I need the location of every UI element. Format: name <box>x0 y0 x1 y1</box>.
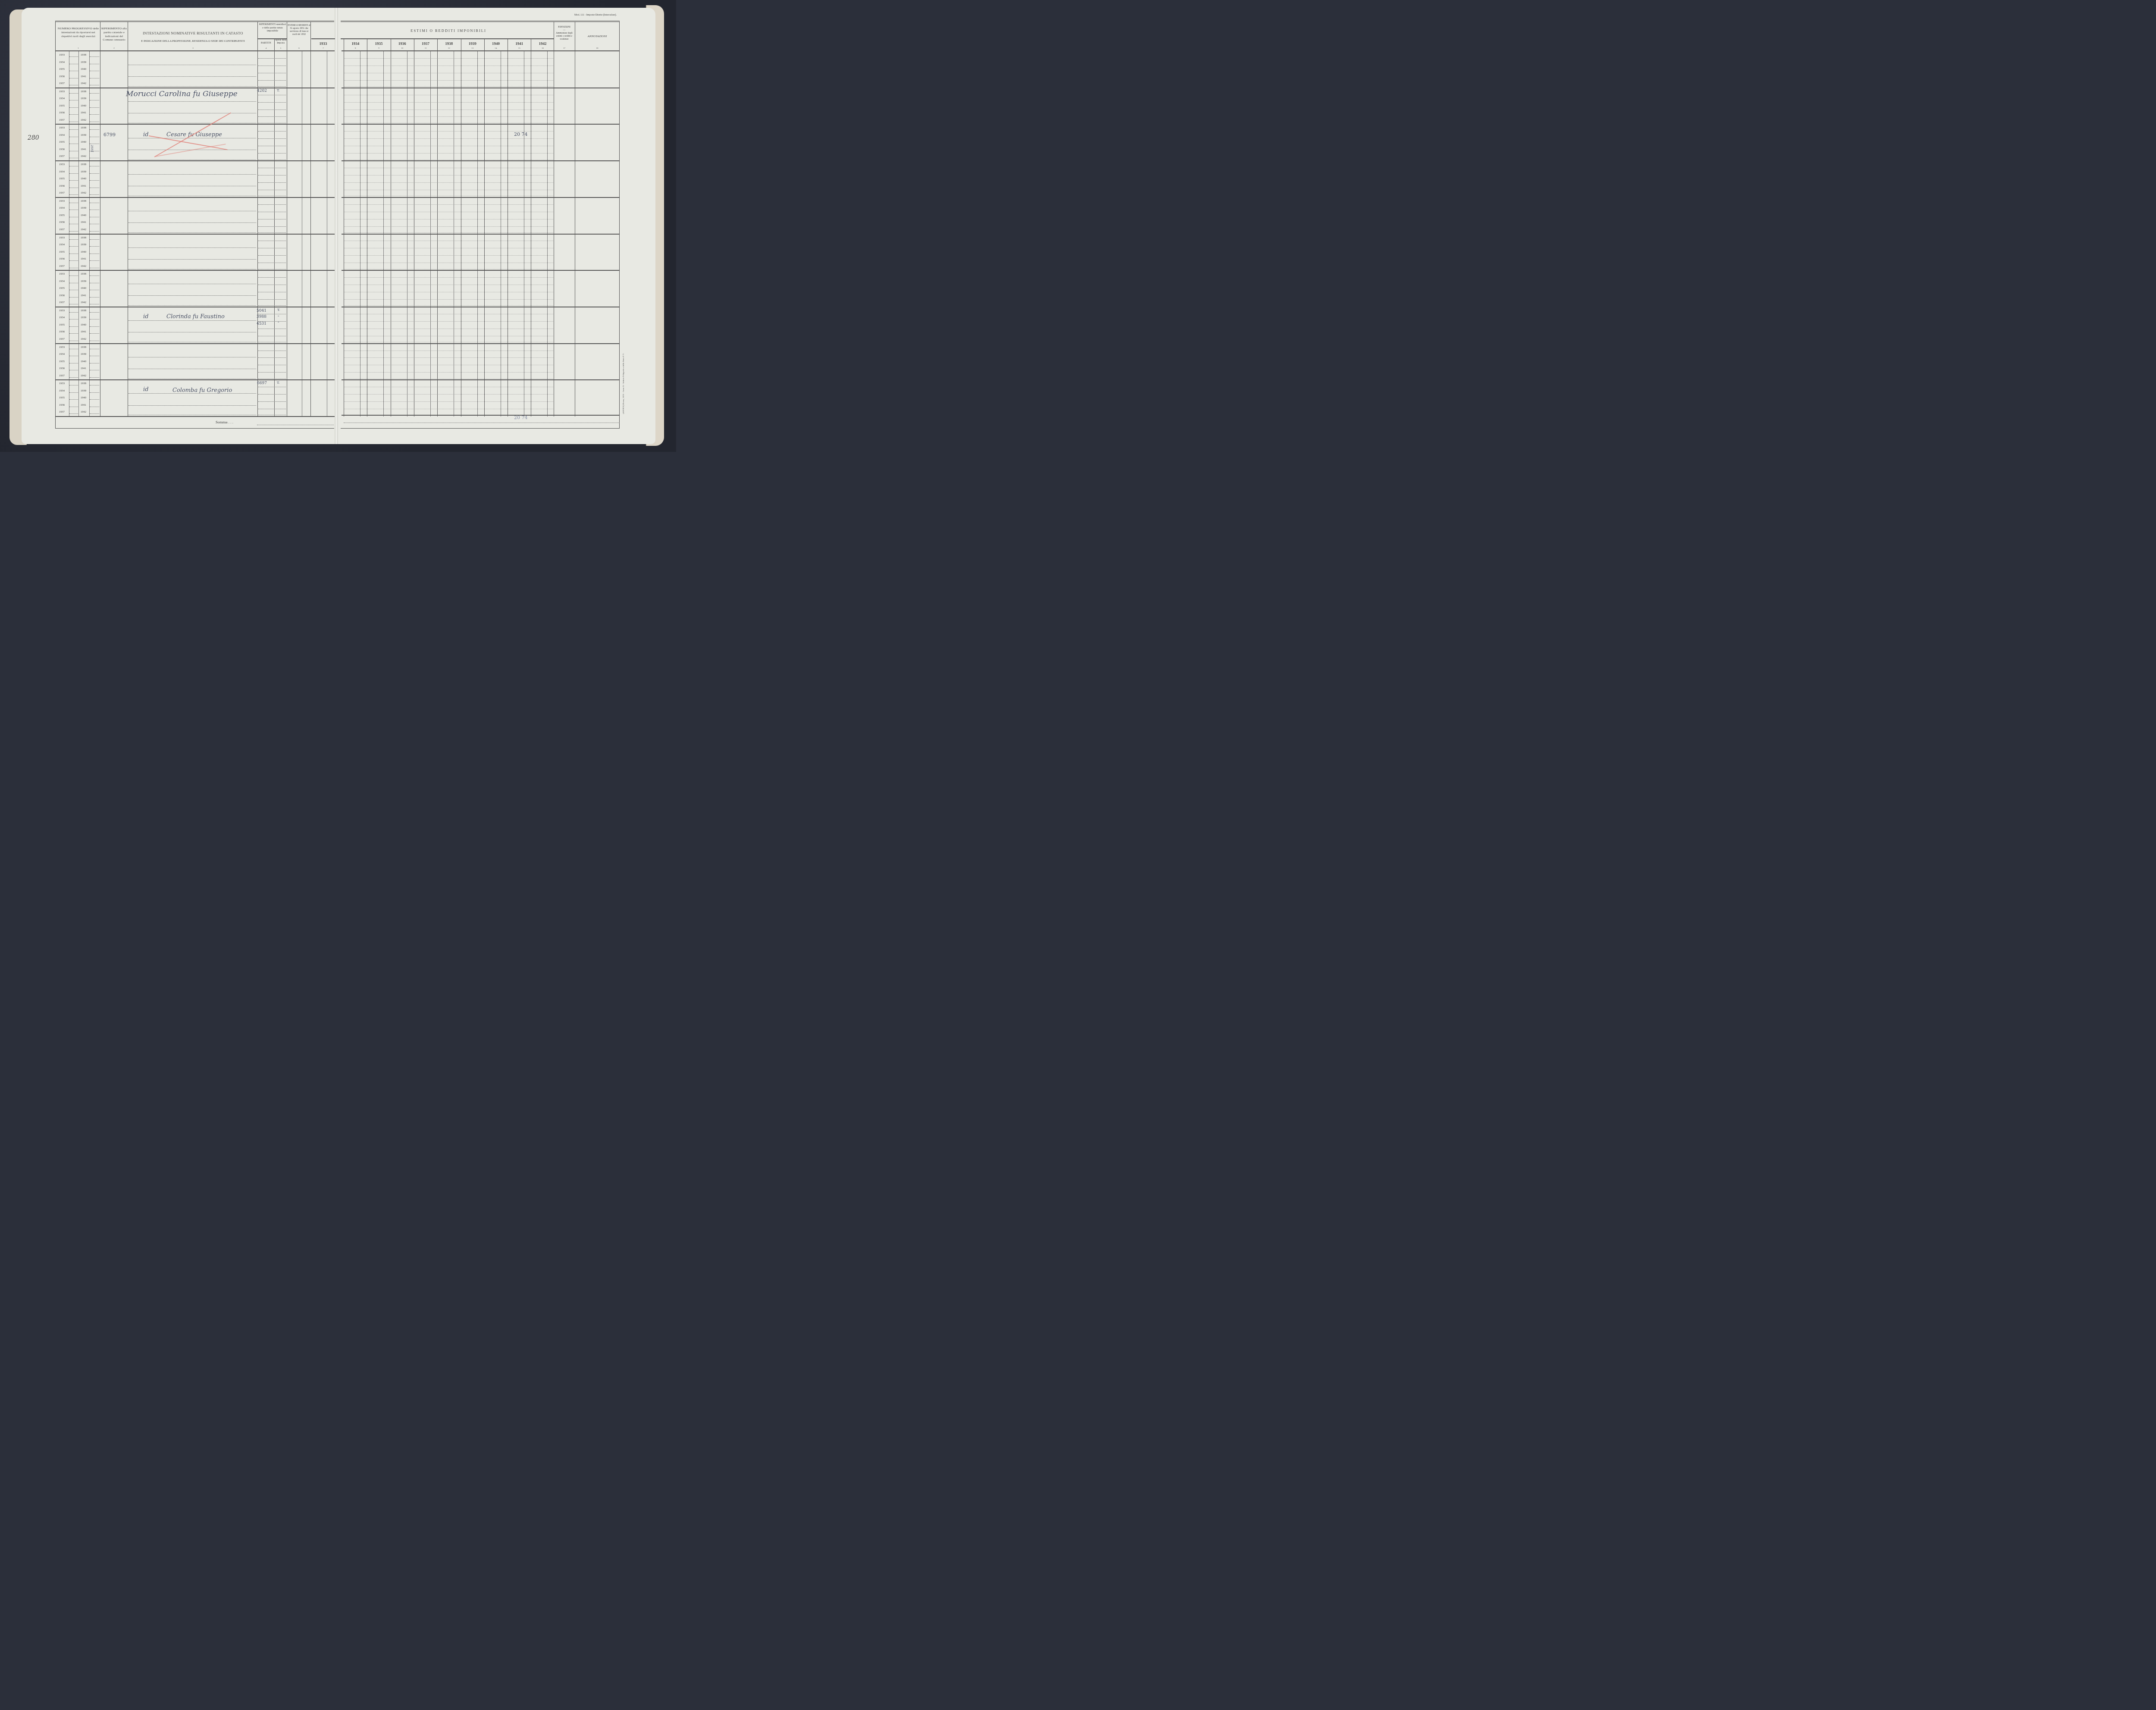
entry-8-specie-3: " <box>278 321 279 325</box>
header-year-1942: 1942 <box>531 41 554 46</box>
dotted-rule <box>128 101 256 102</box>
dotted-rule <box>90 144 99 144</box>
year-label: 1938 <box>81 346 86 349</box>
col-divider <box>575 22 575 417</box>
block-separator <box>55 379 335 380</box>
block-separator <box>342 160 619 161</box>
dotted-rule <box>344 255 553 256</box>
year-label: 1938 <box>81 163 86 166</box>
dotted-rule <box>128 160 256 160</box>
year-label: 1934 <box>59 243 65 246</box>
dotted-rule <box>69 151 78 151</box>
dotted-rule <box>69 407 78 407</box>
dotted-rule <box>344 123 553 123</box>
block-separator <box>55 307 335 307</box>
dotted-rule <box>344 292 553 292</box>
dotted-rule <box>69 64 78 64</box>
dotted-rule <box>90 333 99 334</box>
block-separator <box>342 379 619 380</box>
col-divider <box>461 39 461 417</box>
dotted-rule <box>258 409 286 409</box>
dotted-rule <box>90 194 99 195</box>
block-separator <box>55 416 335 417</box>
dotted-rule <box>344 379 553 379</box>
year-label: 1934 <box>59 61 65 64</box>
header-year-1936: 1936 <box>391 41 414 46</box>
dotted-rule <box>69 231 78 232</box>
header-intestazioni-sub: E INDICAZIONE DELLA PROFESSIONE, RESIDEN… <box>129 40 257 43</box>
col-divider <box>484 39 485 417</box>
col-divider <box>274 39 275 417</box>
dotted-rule <box>128 305 256 306</box>
dotted-rule <box>344 160 553 160</box>
year-label: 1941 <box>81 221 86 224</box>
dotted-rule <box>90 283 99 283</box>
col-number: 14 <box>484 47 508 50</box>
year-label: 1939 <box>81 353 86 356</box>
block-separator <box>342 197 619 198</box>
dotted-rule <box>344 299 553 300</box>
dotted-rule <box>69 333 78 334</box>
year-label: 1938 <box>81 200 86 203</box>
dotted-rule <box>258 415 286 415</box>
header-year-1937: 1937 <box>414 41 437 46</box>
year-label: 1935 <box>59 68 65 71</box>
dotted-rule <box>69 158 78 158</box>
dotted-rule <box>258 232 286 233</box>
col-number: 8 <box>344 47 367 50</box>
dotted-rule <box>69 413 78 414</box>
entry-10-specie: T. <box>277 381 280 385</box>
header-annotazioni: ANNOTAZIONI <box>576 34 619 38</box>
col-number: 1 <box>57 47 99 50</box>
header-estimi-1931: ESTIMI O REDDITI al 31 agosto 1931 che s… <box>288 24 310 36</box>
dotted-rule <box>258 379 286 379</box>
year-label: 1941 <box>81 111 86 114</box>
col-divider <box>344 39 344 417</box>
year-label: 1937 <box>59 410 65 413</box>
dotted-rule <box>258 299 286 300</box>
year-label: 1941 <box>81 75 86 78</box>
col-divider <box>100 22 100 417</box>
year-label: 1936 <box>59 221 65 224</box>
entry-10-partita: 6697 <box>257 381 267 385</box>
year-label: 1933 <box>59 382 65 385</box>
dotted-rule <box>344 226 553 227</box>
dotted-rule <box>69 188 78 188</box>
entry-8-partita-2: 3988 <box>257 315 266 319</box>
header-bottom-rule <box>55 50 335 51</box>
dotted-rule <box>90 363 99 363</box>
dotted-rule <box>258 86 286 87</box>
dotted-rule <box>69 203 78 203</box>
year-label: 1939 <box>81 134 86 137</box>
header-intestazioni: INTESTAZIONI NOMINATIVE RISULTANTI IN CA… <box>129 31 257 36</box>
dotted-rule <box>69 107 78 108</box>
dotted-rule <box>258 58 286 59</box>
year-label: 1939 <box>81 389 86 392</box>
year-label: 1936 <box>59 404 65 407</box>
dotted-rule <box>258 336 286 336</box>
dotted-rule <box>90 158 99 158</box>
dotted-rule <box>69 312 78 313</box>
esenzioni-title: ESENZIONI <box>554 26 574 29</box>
dotted-rule <box>90 276 99 276</box>
dotted-rule <box>344 196 553 196</box>
col-number: 6 <box>288 47 310 50</box>
dotted-rule <box>128 357 256 357</box>
dotted-rule <box>69 304 78 304</box>
col-number: 5 <box>275 47 287 50</box>
year-label: 1936 <box>59 148 65 151</box>
dotted-rule <box>90 93 99 94</box>
dotted-rule <box>90 166 99 166</box>
year-label: 1938 <box>81 90 86 93</box>
dotted-rule <box>69 173 78 174</box>
dotted-rule <box>344 351 553 351</box>
col-number: 3 <box>129 47 257 50</box>
year-label: 1940 <box>81 251 86 254</box>
block-separator <box>55 124 335 125</box>
header-year-1934: 1934 <box>344 41 367 46</box>
year-label: 1941 <box>81 185 86 188</box>
dotted-rule <box>344 175 553 175</box>
col-divider <box>531 39 531 417</box>
dotted-rule <box>258 351 286 351</box>
col-number: 9 <box>367 47 390 50</box>
dotted-rule <box>69 129 78 130</box>
dotted-rule <box>128 295 256 296</box>
dotted-rule <box>258 190 286 190</box>
dotted-rule <box>90 356 99 356</box>
dotted-rule <box>90 173 99 174</box>
dotted-rule <box>69 377 78 378</box>
dotted-rule <box>344 372 553 373</box>
dotted-rule <box>128 379 256 379</box>
dotted-rule <box>258 146 286 146</box>
year-label: 1942 <box>81 82 86 85</box>
year-label: 1937 <box>59 228 65 231</box>
dotted-rule <box>258 305 286 306</box>
dotted-rule <box>258 73 286 73</box>
year-label: 1939 <box>81 316 86 319</box>
dotted-rule <box>128 222 256 223</box>
year-label: 1940 <box>81 287 86 290</box>
dotted-rule <box>90 64 99 64</box>
header-year-1933: 1933 <box>311 41 335 46</box>
dotted-rule <box>90 349 99 349</box>
dotted-rule <box>69 356 78 356</box>
dotted-rule <box>69 78 78 78</box>
dotted-rule <box>344 387 553 387</box>
block-separator <box>342 343 619 344</box>
dotted-rule <box>69 349 78 349</box>
dotted-rule <box>90 407 99 407</box>
subheader-rule <box>311 38 335 39</box>
margin-note-280: 280 <box>28 135 39 141</box>
dotted-rule <box>258 357 286 358</box>
dotted-rule <box>258 116 286 117</box>
dotted-rule <box>69 56 78 57</box>
col-divider <box>554 22 554 417</box>
col-number: 16 <box>531 47 554 50</box>
year-label: 1934 <box>59 97 65 100</box>
dotted-rule <box>128 269 256 269</box>
dotted-rule <box>69 217 78 217</box>
entry-8-partita-1: 5041 <box>257 309 266 313</box>
dotted-rule <box>69 385 78 385</box>
year-label: 1937 <box>59 191 65 194</box>
block-separator <box>342 415 619 416</box>
year-label: 1940 <box>81 141 86 144</box>
dotted-rule <box>90 377 99 378</box>
dotted-rule <box>344 58 553 59</box>
entry-10-prefix: id <box>143 386 148 393</box>
entry-2-partita: 4202 <box>257 89 267 93</box>
dotted-rule <box>258 277 286 278</box>
year-label: 1936 <box>59 75 65 78</box>
dotted-rule <box>344 342 553 342</box>
dotted-rule <box>90 370 99 370</box>
dotted-rule <box>258 255 286 256</box>
dotted-rule <box>128 415 256 415</box>
year-label: 1941 <box>81 404 86 407</box>
col-number: 18 <box>576 47 619 50</box>
dotted-rule <box>90 246 99 247</box>
year-label: 1942 <box>81 410 86 413</box>
col-divider <box>414 39 414 417</box>
year-label: 1935 <box>59 396 65 399</box>
year-label: 1936 <box>59 330 65 333</box>
col-divider <box>367 39 367 417</box>
col-number: 17 <box>554 47 574 50</box>
header-esenzioni: ESENZIONI — Ammontare degli estimi o red… <box>554 26 574 41</box>
somma-label: Somma . . . <box>216 420 259 425</box>
dotted-rule <box>90 129 99 130</box>
dotted-rule <box>90 268 99 268</box>
col-divider <box>287 22 287 417</box>
col-number: 15 <box>508 47 531 50</box>
dotted-rule <box>258 66 286 66</box>
year-label: 1934 <box>59 353 65 356</box>
year-label: 1937 <box>59 374 65 377</box>
entry-3-riferimento: 6799 <box>103 132 116 138</box>
year-label: 1937 <box>59 301 65 304</box>
header-year-1935: 1935 <box>367 41 390 46</box>
year-label: 1938 <box>81 53 86 56</box>
dotted-rule <box>258 241 286 241</box>
dotted-rule <box>69 166 78 166</box>
dotted-rule <box>258 212 286 212</box>
year-label: 1940 <box>81 177 86 180</box>
dotted-rule <box>344 357 553 358</box>
dotted-rule <box>69 224 78 224</box>
dotted-rule <box>344 66 553 66</box>
dotted-rule <box>69 93 78 94</box>
dotted-rule <box>258 372 286 373</box>
col-divider <box>310 22 311 417</box>
entry-2-name: Morucci Carolina fu Giuseppe <box>126 90 238 98</box>
dotted-rule <box>69 268 78 268</box>
entry-8-name: Clorinda fu Faustino <box>166 313 225 320</box>
entry-8-partita-3: 4531 <box>257 322 266 326</box>
dotted-rule <box>128 123 256 123</box>
dotted-rule <box>344 204 553 205</box>
dotted-rule <box>69 254 78 254</box>
year-label: 1939 <box>81 97 86 100</box>
dotted-rule <box>69 399 78 400</box>
dotted-rule <box>344 86 553 87</box>
dotted-rule <box>258 219 286 219</box>
dotted-rule <box>258 365 286 365</box>
year-label: 1933 <box>59 163 65 166</box>
col-divider <box>437 39 438 417</box>
dotted-rule <box>344 168 553 168</box>
entry-2-specie: T. <box>277 88 280 92</box>
entry-8-specie-2: " <box>278 315 279 319</box>
dotted-rule <box>344 409 553 409</box>
year-label: 1939 <box>81 61 86 64</box>
dotted-rule <box>90 392 99 393</box>
dotted-rule <box>128 196 256 196</box>
year-label: 1936 <box>59 367 65 370</box>
dotted-rule <box>69 100 78 100</box>
dotted-rule <box>344 269 553 269</box>
dotted-rule <box>90 122 99 122</box>
dotted-rule <box>69 114 78 115</box>
year-label: 1936 <box>59 185 65 188</box>
year-label: 1942 <box>81 119 86 122</box>
year-label: 1936 <box>59 294 65 297</box>
year-label: 1933 <box>59 309 65 312</box>
entry-10-name: Colomba fu Gregorio <box>172 387 232 394</box>
col-divider <box>391 39 391 417</box>
dotted-rule <box>344 73 553 73</box>
dotted-rule <box>344 336 553 336</box>
dotted-rule <box>90 239 99 240</box>
dotted-rule <box>258 269 286 269</box>
dotted-rule <box>90 203 99 203</box>
dotted-rule <box>344 110 553 110</box>
year-label: 1942 <box>81 265 86 268</box>
dotted-rule <box>344 182 553 183</box>
dotted-rule <box>69 283 78 283</box>
year-label: 1937 <box>59 338 65 341</box>
year-label: 1935 <box>59 104 65 107</box>
dotted-rule <box>344 219 553 219</box>
dotted-rule <box>258 329 286 329</box>
header-year-1939: 1939 <box>461 41 484 46</box>
esenzioni-label: Ammontare degli estimi o redditi e scade… <box>554 32 574 41</box>
dotted-rule <box>128 332 256 332</box>
year-label: 1933 <box>59 272 65 276</box>
year-label: 1940 <box>81 214 86 217</box>
dotted-rule <box>258 168 286 168</box>
dotted-rule <box>128 113 256 113</box>
dotted-rule <box>344 153 553 153</box>
dotted-rule <box>90 210 99 210</box>
year-label: 1937 <box>59 265 65 268</box>
dotted-rule <box>69 319 78 319</box>
block-separator <box>55 197 335 198</box>
dotted-rule <box>258 153 286 153</box>
dotted-rule <box>90 85 99 85</box>
year-label: 1937 <box>59 119 65 122</box>
block-separator <box>55 270 335 271</box>
year-label: 1938 <box>81 382 86 385</box>
col-number: 12 <box>437 47 461 50</box>
dotted-rule <box>128 320 256 321</box>
header-numero-progressivo: NUMERO PROGRESSIVO delle intestazioni da… <box>57 27 99 38</box>
year-label: 1933 <box>59 200 65 203</box>
dotted-rule <box>258 131 286 132</box>
dotted-rule <box>258 110 286 110</box>
dotted-rule <box>69 341 78 341</box>
entry-3-name: Cesare fu Giuseppe <box>166 132 222 138</box>
col-number: 2 <box>101 47 127 50</box>
year-label: 1933 <box>59 90 65 93</box>
dotted-rule <box>344 248 553 248</box>
dotted-rule <box>69 276 78 276</box>
dotted-rule <box>344 394 553 395</box>
dotted-rule <box>69 85 78 85</box>
dotted-rule <box>344 314 553 314</box>
dotted-rule <box>69 210 78 210</box>
dotted-rule <box>69 326 78 327</box>
year-label: 1935 <box>59 214 65 217</box>
dotted-rule <box>69 363 78 363</box>
dotted-rule <box>90 137 99 137</box>
year-label: 1941 <box>81 257 86 260</box>
year-label: 1938 <box>81 236 86 239</box>
dotted-rule <box>90 290 99 290</box>
dotted-rule <box>258 95 286 95</box>
year-label: 1942 <box>81 191 86 194</box>
year-label: 1937 <box>59 82 65 85</box>
dotted-rule <box>90 114 99 115</box>
dotted-rule <box>258 263 286 263</box>
dotted-rule <box>69 239 78 240</box>
dotted-rule <box>344 277 553 278</box>
year-label: 1938 <box>81 309 86 312</box>
header-partite: PARTITE <box>258 42 274 45</box>
block-separator <box>342 307 619 307</box>
dotted-rule <box>344 146 553 146</box>
year-label: 1933 <box>59 126 65 129</box>
block-separator <box>342 88 619 88</box>
dotted-rule <box>90 56 99 57</box>
dotted-rule <box>128 174 256 175</box>
dotted-rule <box>69 246 78 247</box>
dotted-rule <box>69 392 78 393</box>
dotted-rule <box>344 241 553 241</box>
year-label: 1938 <box>81 126 86 129</box>
col-divider <box>257 22 258 417</box>
dotted-rule <box>90 312 99 313</box>
dotted-rule <box>69 144 78 144</box>
printer-note: (4103631) Roma, 1931 - Anno X - Istituto… <box>623 310 625 414</box>
col-number: 13 <box>461 47 484 50</box>
dotted-rule <box>90 326 99 327</box>
dotted-rule <box>128 211 256 211</box>
dotted-rule <box>128 186 256 186</box>
header-bottom-rule <box>342 50 619 51</box>
dotted-rule <box>90 385 99 385</box>
dotted-rule <box>258 226 286 227</box>
entry-3-progressivo-note: 2551 <box>90 145 94 153</box>
col-number: 7 <box>311 47 335 50</box>
dotted-rule <box>90 341 99 341</box>
